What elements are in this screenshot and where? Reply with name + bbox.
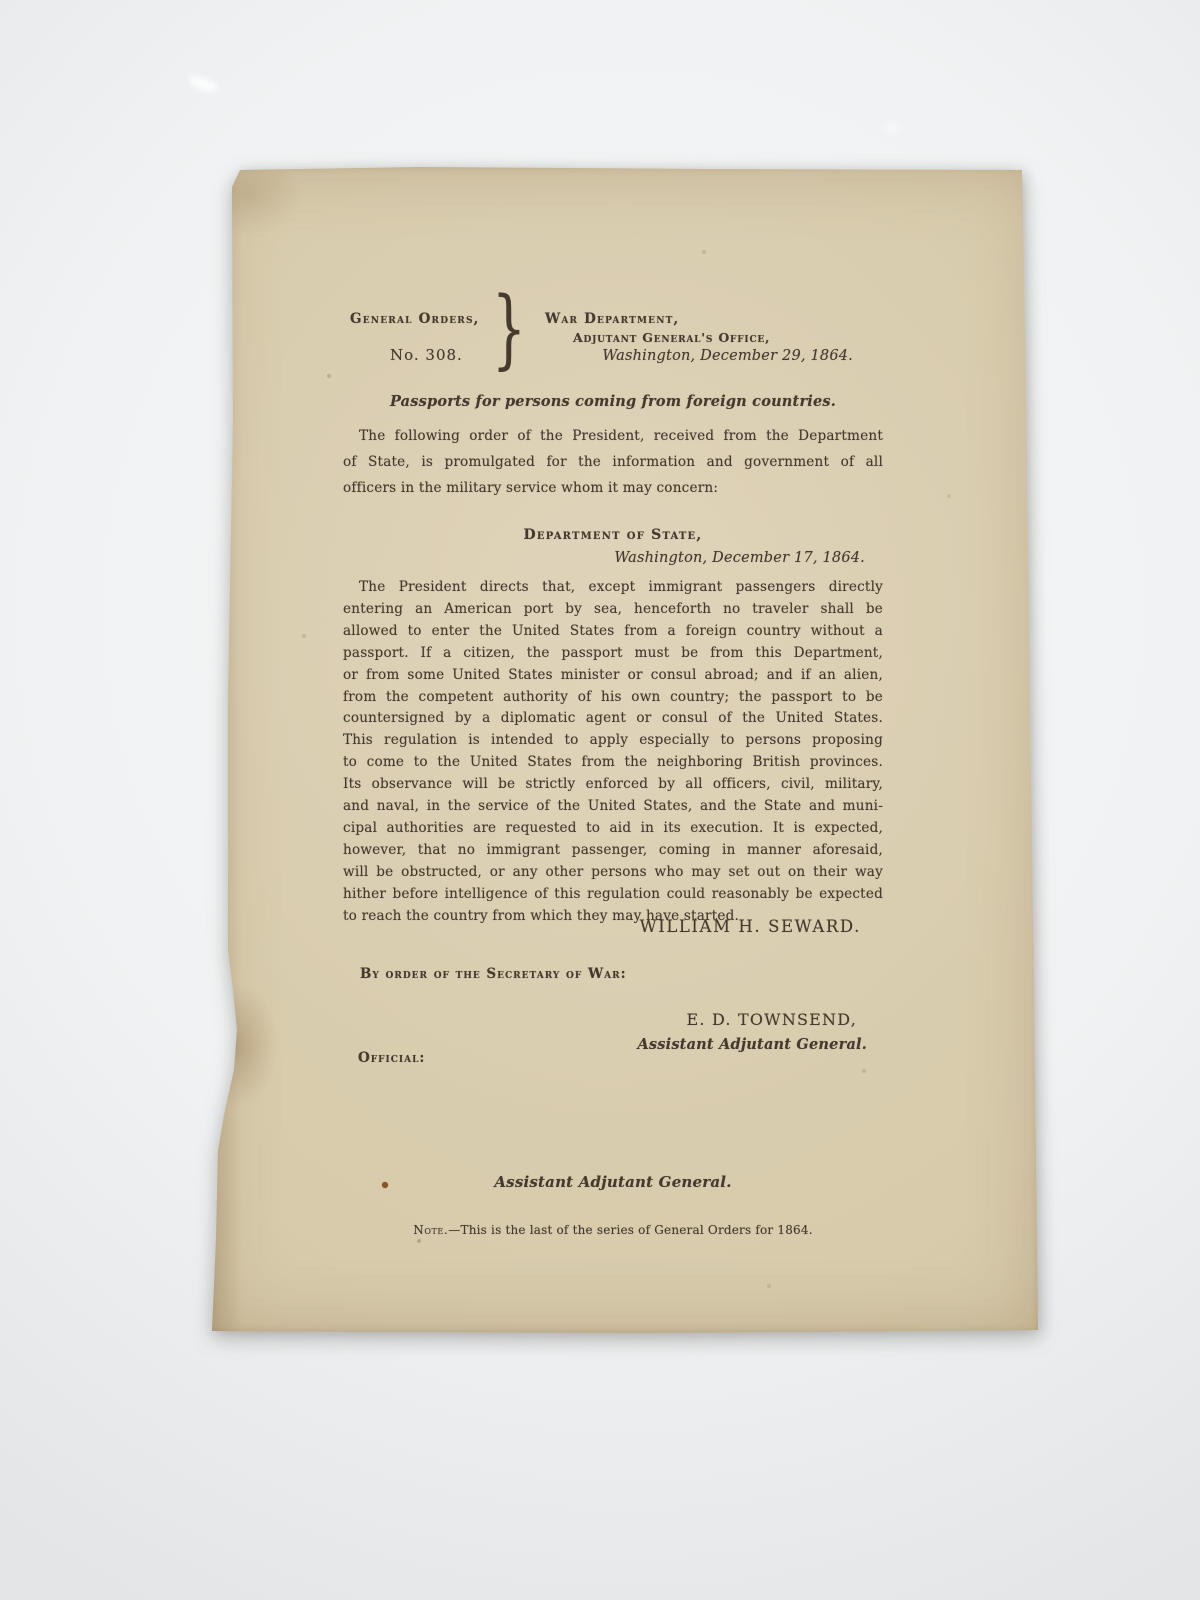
state-department-heading: Department of State, — [343, 527, 883, 543]
masthead-issuer-department: War Department, — [545, 311, 873, 327]
masthead-series-number: No. 308. — [390, 346, 463, 364]
document-sheet: General Orders, No. 308. } War Departmen… — [208, 165, 1040, 1333]
order-line: and naval, in the service of the United … — [343, 796, 883, 818]
order-line: entering an American port by sea, hencef… — [343, 599, 883, 621]
order-line: from the competent authority of his own … — [343, 687, 883, 709]
order-line: cipal authorities are requested to aid i… — [343, 818, 883, 840]
paper-specks — [208, 165, 210, 167]
order-line: This regulation is intended to apply esp… — [343, 730, 883, 752]
paper-edge-shading — [208, 165, 242, 1333]
masthead-issuer-dateline: Washington, December 29, 1864. — [545, 348, 873, 364]
document-sheet-wrapper: General Orders, No. 308. } War Departmen… — [208, 165, 1040, 1333]
countersign-title-line: Assistant Adjutant General. — [343, 1173, 883, 1191]
footnote-label: Note. — [413, 1223, 448, 1237]
official-label: Official: — [358, 1050, 425, 1066]
masthead-issuer-block: War Department, Adjutant General's Offic… — [545, 311, 873, 364]
intro-line: The following order of the President, re… — [343, 423, 883, 449]
order-line: however, that no immigrant passenger, co… — [343, 840, 883, 862]
intro-line: of State, is promulgated for the informa… — [343, 449, 883, 475]
footnote-line: Note.—This is the last of the series of … — [343, 1223, 883, 1237]
footnote-text: —This is the last of the series of Gener… — [448, 1223, 812, 1237]
brace-glyph: } — [492, 293, 526, 365]
by-order-line: By order of the Secretary of War: — [360, 966, 627, 982]
order-line: passport. If a citizen, the passport mus… — [343, 643, 883, 665]
order-line: will be obstructed, or any other persons… — [343, 862, 883, 884]
state-department-dateline: Washington, December 17, 1864. — [343, 550, 883, 566]
intro-line: officers in the military service whom it… — [343, 475, 883, 501]
order-line: allowed to enter the United States from … — [343, 621, 883, 643]
order-paragraph: The President directs that, except immig… — [343, 577, 883, 928]
subject-line: Passports for persons coming from foreig… — [343, 393, 883, 410]
order-line: countersigned by a diplomatic agent or c… — [343, 708, 883, 730]
background-scuff — [884, 124, 900, 132]
masthead-series-label: General Orders, — [350, 311, 480, 327]
order-line: hither before intelligence of this regul… — [343, 884, 883, 906]
townsend-signature: E. D. TOWNSEND, — [343, 1010, 883, 1029]
seward-signature: WILLIAM H. SEWARD. — [343, 917, 883, 936]
masthead-issuer-office: Adjutant General's Office, — [573, 330, 873, 345]
order-line: The President directs that, except immig… — [343, 577, 883, 599]
order-line: Its observance will be strictly enforced… — [343, 774, 883, 796]
intro-paragraph: The following order of the President, re… — [343, 423, 883, 501]
order-line: or from some United States minister or c… — [343, 665, 883, 687]
order-line: to come to the United States from the ne… — [343, 752, 883, 774]
